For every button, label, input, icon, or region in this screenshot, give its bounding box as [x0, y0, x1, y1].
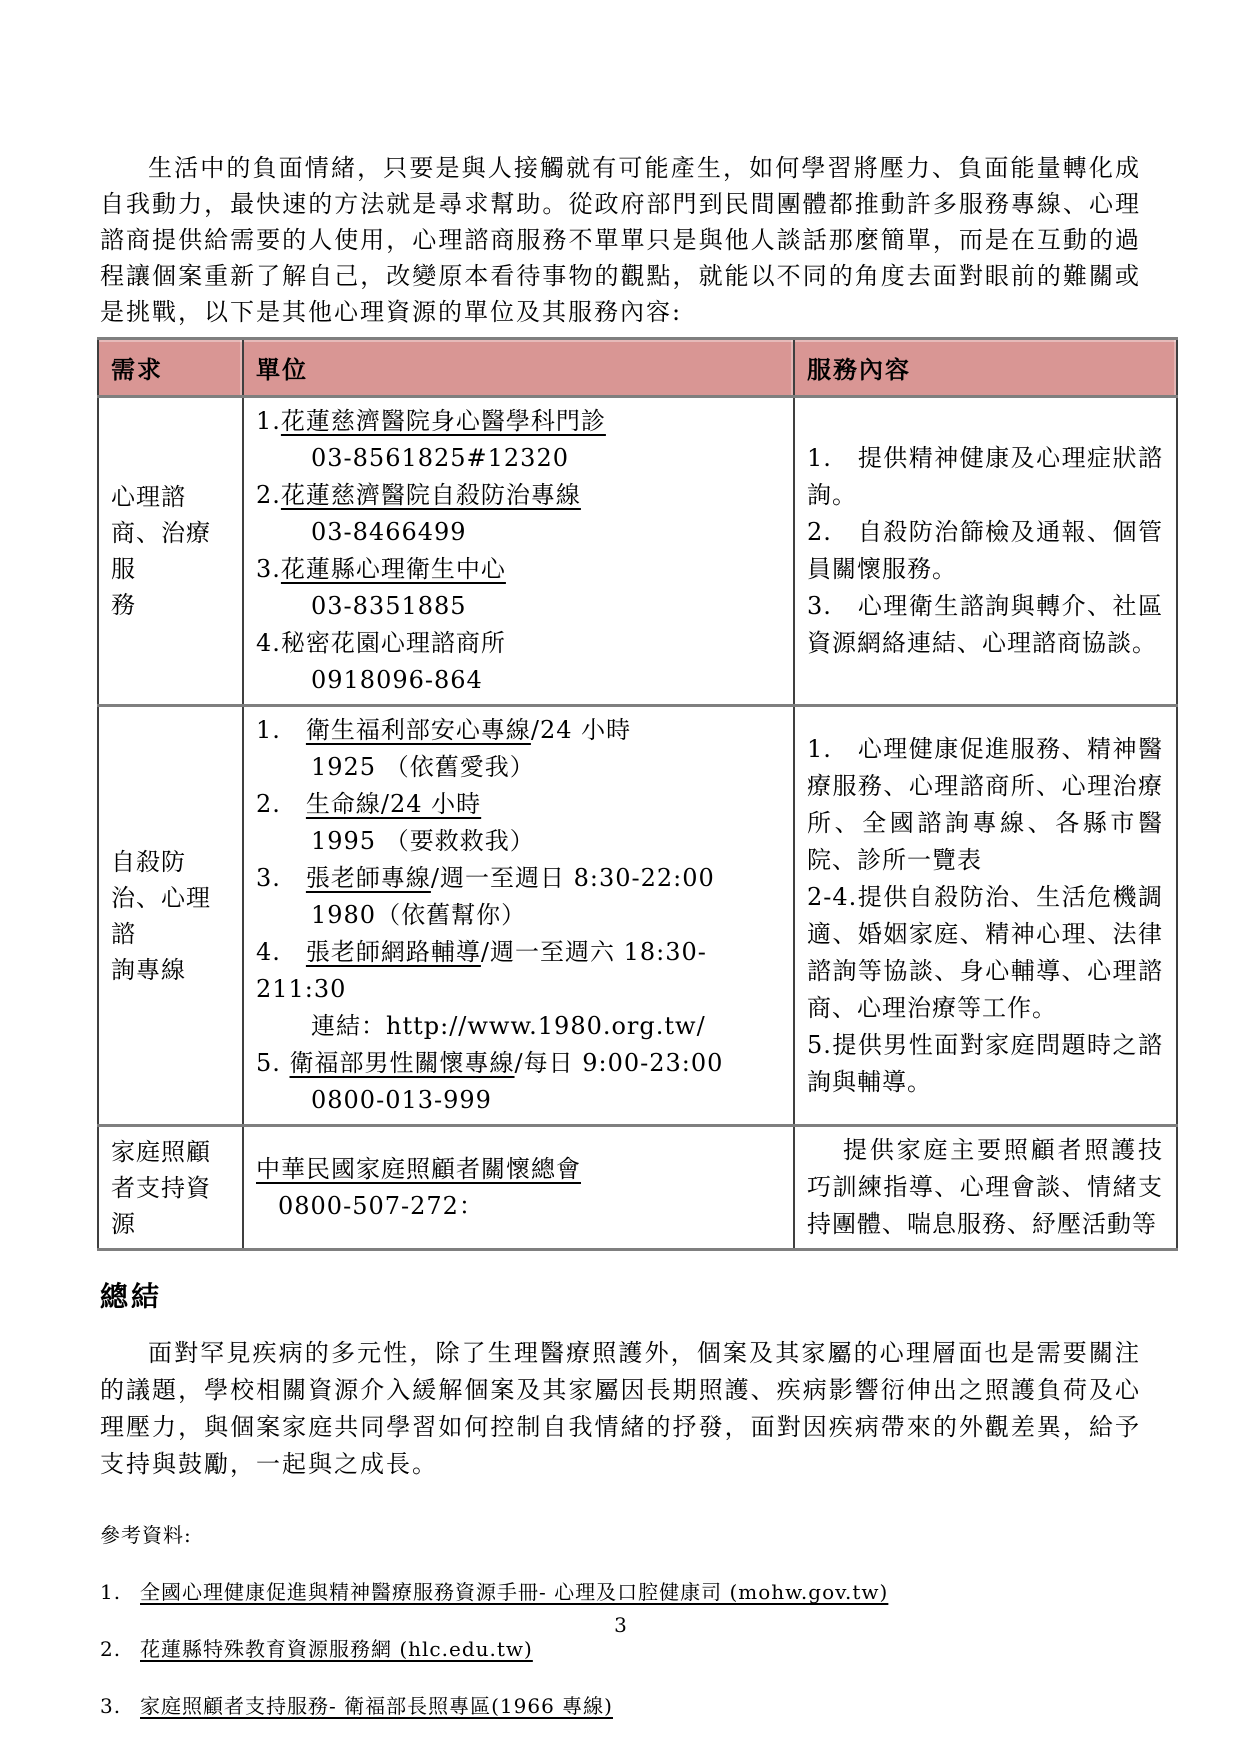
- table-row: 家庭照顧者支持資源中華民國家庭照顧者關懷總會0800-507-272：提供家庭主…: [98, 1126, 1177, 1250]
- table-row: 自殺防治、心理諮詢專線1. 衛生福利部安心專線/24 小時1925 （依舊愛我）…: [98, 706, 1177, 1126]
- page-number: 3: [0, 1613, 1241, 1637]
- need-text: 詢專線: [111, 952, 229, 988]
- header-service: 服務內容: [794, 339, 1177, 397]
- unit-link[interactable]: 張老師網路輔導: [306, 938, 481, 966]
- unit-text: /24 小時: [531, 716, 631, 744]
- unit-text: 4.: [256, 938, 306, 966]
- unit-link[interactable]: 中華民國家庭照顧者關懷總會: [256, 1155, 581, 1183]
- unit-text: 1925 （依舊愛我）: [311, 753, 535, 781]
- reference-link[interactable]: 全國心理健康促進與精神醫療服務資源手冊- 心理及口腔健康司 (mohw.gov.…: [140, 1576, 888, 1605]
- need-text: 源: [111, 1206, 229, 1242]
- reference-item: 3.家庭照顧者支持服務- 衛福部長照專區(1966 專線): [100, 1690, 1141, 1719]
- unit-line: 0800-507-272：: [256, 1188, 780, 1225]
- reference-item: 1.全國心理健康促進與精神醫療服務資源手冊- 心理及口腔健康司 (mohw.go…: [100, 1576, 1141, 1605]
- unit-text: 03-8466499: [311, 518, 467, 546]
- need-text: 者支持資: [111, 1170, 229, 1206]
- table-row: 心理諮商、治療服務1.花蓮慈濟醫院身心醫學科門診03-8561825#12320…: [98, 397, 1177, 706]
- need-text: 家庭照顧: [111, 1134, 229, 1170]
- service-cell: 1. 提供精神健康及心理症狀諮詢。2. 自殺防治篩檢及通報、個管員關懷服務。3.…: [794, 397, 1177, 706]
- reference-number: 1.: [100, 1580, 140, 1604]
- need-text: 心理諮: [111, 479, 229, 515]
- unit-text: 連結：: [311, 1012, 386, 1040]
- intro-paragraph: 生活中的負面情緒，只要是與人接觸就有可能產生，如何學習將壓力、負面能量轉化成自我…: [100, 150, 1141, 330]
- service-paragraph: 3. 心理衛生諮詢與轉介、社區資源網絡連結、心理諮商協談。: [807, 588, 1163, 662]
- service-paragraph: 提供家庭主要照顧者照護技巧訓練指導、心理會談、情緒支持團體、喘息服務、紓壓活動等: [807, 1132, 1163, 1243]
- unit-line: 1. 衛生福利部安心專線/24 小時: [256, 712, 780, 749]
- summary-paragraph: 面對罕見疾病的多元性，除了生理醫療照護外，個案及其家屬的心理層面也是需要關注的議…: [100, 1335, 1141, 1483]
- service-cell: 提供家庭主要照顧者照護技巧訓練指導、心理會談、情緒支持團體、喘息服務、紓壓活動等: [794, 1126, 1177, 1250]
- unit-line: 4. 張老師網路輔導/週一至週六 18:30-211:30: [256, 934, 780, 1008]
- summary-heading: 總結: [100, 1275, 1141, 1315]
- unit-line: 1995 （要救救我）: [256, 823, 780, 860]
- unit-text: 03-8351885: [311, 592, 467, 620]
- unit-text: 4.: [256, 629, 281, 657]
- unit-line: 4.秘密花園心理諮商所: [256, 625, 780, 662]
- unit-line: 3. 張老師專線/週一至週日 8:30-22:00: [256, 860, 780, 897]
- unit-text: /每日 9:00-23:00: [515, 1049, 724, 1077]
- unit-link[interactable]: 花蓮慈濟醫院身心醫學科門診: [281, 407, 606, 435]
- reference-link[interactable]: 花蓮縣特殊教育資源服務網 (hlc.edu.tw): [140, 1633, 533, 1662]
- unit-cell: 1. 衛生福利部安心專線/24 小時1925 （依舊愛我）2. 生命線/24 小…: [243, 706, 794, 1126]
- unit-line: 0918096-864: [256, 662, 780, 699]
- unit-cell: 中華民國家庭照顧者關懷總會0800-507-272：: [243, 1126, 794, 1250]
- reference-number: 3.: [100, 1694, 140, 1718]
- reference-link[interactable]: 家庭照顧者支持服務- 衛福部長照專區(1966 專線): [140, 1690, 613, 1719]
- document-page: 生活中的負面情緒，只要是與人接觸就有可能產生，如何學習將壓力、負面能量轉化成自我…: [0, 0, 1241, 1755]
- unit-line: 2. 生命線/24 小時: [256, 786, 780, 823]
- unit-line: 3.花蓮縣心理衛生中心: [256, 551, 780, 588]
- unit-line: 中華民國家庭照顧者關懷總會: [256, 1151, 780, 1188]
- service-cell: 1. 心理健康促進服務、精神醫療服務、心理諮商所、心理治療所、全國諮詢專線、各縣…: [794, 706, 1177, 1126]
- need-text: 務: [111, 587, 229, 623]
- references-title: 參考資料:: [100, 1519, 1141, 1548]
- service-paragraph: 2. 自殺防治篩檢及通報、個管員關懷服務。: [807, 514, 1163, 588]
- unit-line: 03-8466499: [256, 514, 780, 551]
- unit-line: 03-8351885: [256, 588, 780, 625]
- unit-text: 秘密花園心理諮商所: [281, 629, 506, 657]
- unit-line: 5. 衛福部男性關懷專線/每日 9:00-23:00: [256, 1045, 780, 1082]
- unit-text: 5.: [256, 1049, 290, 1077]
- unit-line: 2.花蓮慈濟醫院自殺防治專線: [256, 477, 780, 514]
- header-unit: 單位: [243, 339, 794, 397]
- unit-line: 1925 （依舊愛我）: [256, 749, 780, 786]
- table-header-row: 需求 單位 服務內容: [98, 339, 1177, 397]
- unit-text: 03-8561825#12320: [311, 444, 569, 472]
- header-need: 需求: [98, 339, 243, 397]
- need-text: 自殺防: [111, 844, 229, 880]
- unit-text: 0800-013-999: [311, 1086, 492, 1114]
- unit-text: 1980（依舊幫你）: [311, 901, 526, 929]
- need-cell: 自殺防治、心理諮詢專線: [98, 706, 243, 1126]
- unit-text: 0918096-864: [311, 666, 483, 694]
- need-text: 商、治療服: [111, 515, 229, 587]
- unit-text: 2.: [256, 481, 281, 509]
- unit-text: 1995 （要救救我）: [311, 827, 535, 855]
- unit-link[interactable]: 花蓮縣心理衛生中心: [281, 555, 506, 583]
- resources-table: 需求 單位 服務內容 心理諮商、治療服務1.花蓮慈濟醫院身心醫學科門診03-85…: [97, 337, 1178, 1251]
- reference-number: 2.: [100, 1637, 140, 1661]
- unit-link[interactable]: 花蓮慈濟醫院自殺防治專線: [281, 481, 581, 509]
- unit-text: 1.: [256, 716, 306, 744]
- unit-text: 3.: [256, 864, 306, 892]
- need-text: 治、心理諮: [111, 880, 229, 952]
- unit-link[interactable]: 生命線/24 小時: [306, 790, 481, 818]
- reference-item: 2.花蓮縣特殊教育資源服務網 (hlc.edu.tw): [100, 1633, 1141, 1662]
- unit-link[interactable]: 衛福部男性關懷專線: [290, 1049, 515, 1077]
- unit-text: 2.: [256, 790, 306, 818]
- unit-text: 3.: [256, 555, 281, 583]
- unit-line: 0800-013-999: [256, 1082, 780, 1119]
- unit-line: 03-8561825#12320: [256, 440, 780, 477]
- unit-link[interactable]: http://www.1980.org.tw/: [386, 1012, 706, 1040]
- unit-text: /週一至週日 8:30-22:00: [431, 864, 715, 892]
- service-paragraph: 2-4.提供自殺防治、生活危機調適、婚姻家庭、精神心理、法律諮詢等協談、身心輔導…: [807, 879, 1163, 1027]
- unit-text: 1.: [256, 407, 281, 435]
- unit-link[interactable]: 張老師專線: [306, 864, 431, 892]
- unit-line: 1980（依舊幫你）: [256, 897, 780, 934]
- references-list: 1.全國心理健康促進與精神醫療服務資源手冊- 心理及口腔健康司 (mohw.go…: [100, 1576, 1141, 1719]
- unit-cell: 1.花蓮慈濟醫院身心醫學科門診03-8561825#123202.花蓮慈濟醫院自…: [243, 397, 794, 706]
- service-paragraph: 1. 心理健康促進服務、精神醫療服務、心理諮商所、心理治療所、全國諮詢專線、各縣…: [807, 731, 1163, 879]
- unit-text: 0800-507-272：: [278, 1192, 484, 1220]
- service-paragraph: 5.提供男性面對家庭問題時之諮詢與輔導。: [807, 1027, 1163, 1101]
- need-cell: 心理諮商、治療服務: [98, 397, 243, 706]
- unit-line: 連結：http://www.1980.org.tw/: [256, 1008, 780, 1045]
- need-cell: 家庭照顧者支持資源: [98, 1126, 243, 1250]
- service-paragraph: 1. 提供精神健康及心理症狀諮詢。: [807, 440, 1163, 514]
- unit-link[interactable]: 衛生福利部安心專線: [306, 716, 531, 744]
- unit-line: 1.花蓮慈濟醫院身心醫學科門診: [256, 403, 780, 440]
